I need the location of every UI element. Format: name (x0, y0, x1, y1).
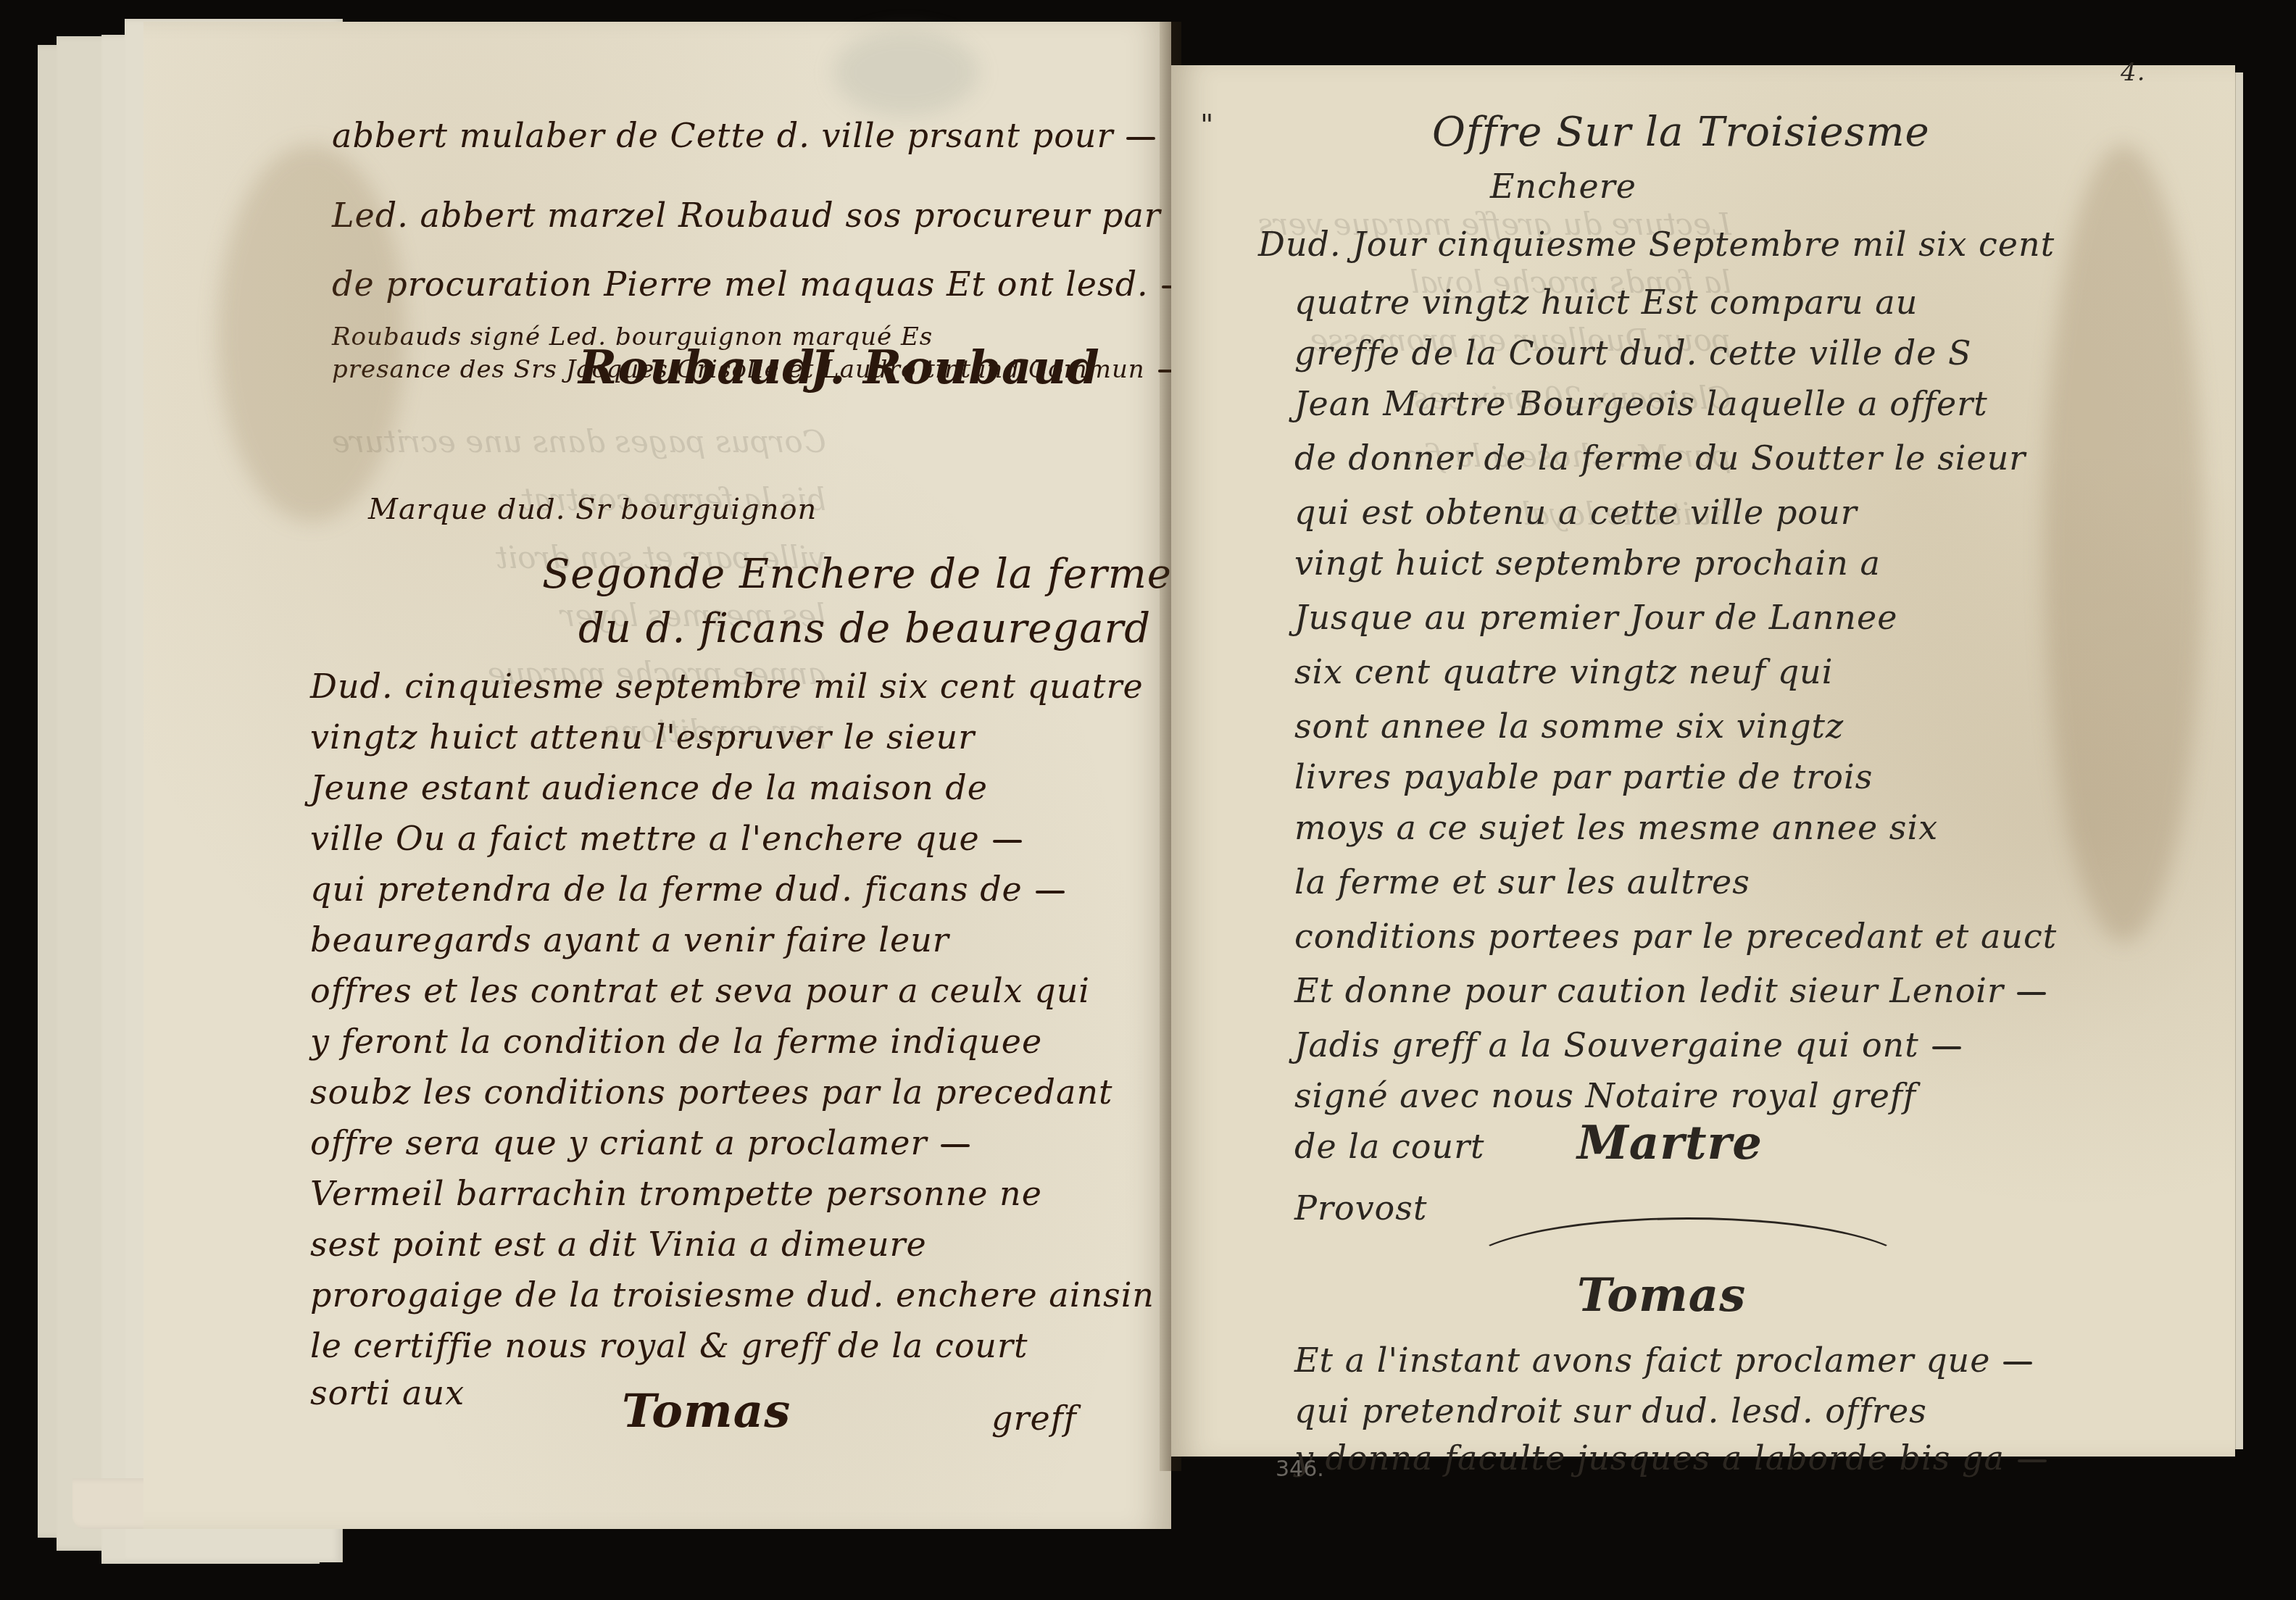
heading-segonde-enchere-line-1: Segonde Enchere de la ferme (542, 551, 1172, 598)
greffier-suffix: greff (991, 1399, 1077, 1438)
signature-tomas-left: Tomas (622, 1384, 791, 1438)
right-body-line: signé avec nous Notaire royal greff (1294, 1076, 1916, 1115)
right-post-line: y donna faculte jusques a laborde bis ga (1294, 1438, 2005, 1478)
left-body-line: ville Ou a faict mettre a l'enchere que (310, 819, 980, 858)
mark-of-bourguignon: Marque dud. Sr bourguignon (368, 493, 817, 526)
right-body-line: conditions portees par le precedant et a… (1294, 917, 2057, 956)
left-line-3: de procuration Pierre mel maquas Et ont … (332, 264, 1149, 304)
folio-number: 346. (1276, 1457, 1324, 1482)
water-stain (833, 29, 978, 116)
right-body-line: livres payable par partie de trois (1294, 757, 1873, 796)
right-body-line: de la court (1294, 1127, 1485, 1166)
left-body-line: vingtz huict attenu l'espruver le sieur (310, 717, 975, 757)
right-body-line: Et donne pour caution ledit sieur Lenoir (1294, 971, 2004, 1010)
heading-segonde-enchere-line-2: du d. ficans de beauregard (578, 605, 1151, 652)
left-body-line: le certiffie nous royal & greff de la co… (310, 1326, 1028, 1365)
left-body-line: sorti aux (310, 1373, 465, 1412)
left-body-line: offres et les contrat et seva pour a ceu… (310, 971, 1090, 1010)
water-stain (2044, 145, 2203, 942)
signature-roubaud: Roubaud (578, 341, 815, 395)
left-body-line: sest point est a dit Vinia a dimeure (310, 1225, 927, 1264)
right-post-line: qui pretendroit sur dud. lesd. offres (1294, 1391, 1927, 1430)
manuscript-scene: Corpus pages dans une ecriture bis la fe… (0, 0, 2296, 1600)
left-line-2: Led. abbert marzel Roubaud sos procureur… (332, 196, 1247, 235)
heading-offre-line-2: Enchere (1490, 167, 1636, 206)
left-body-line: beauregards ayant a venir faire leur (310, 920, 949, 959)
right-body-line: greffe de la Court dud. cette ville de S (1294, 333, 1972, 372)
corner-note: 4. (2121, 58, 2145, 87)
right-body-line: sont annee la somme six vingtz (1294, 707, 1844, 746)
right-body-line: la ferme et sur les aultres (1294, 862, 1750, 901)
left-body-line: offre sera que y criant a proclamer (310, 1123, 928, 1162)
right-body-line: vingt huict septembre prochain a (1294, 543, 1881, 583)
left-body-line: Dud. cinquiesme septembre mil six cent q… (310, 667, 1144, 706)
signature-flourish (1461, 1217, 1915, 1323)
signature-martre: Martre (1577, 1116, 1763, 1170)
right-body-line: Jadis greff a la Souvergaine qui ont (1294, 1025, 1919, 1064)
heading-offre-line-1: Offre Sur la Troisiesme (1432, 109, 1930, 156)
left-body-line: qui pretendra de la ferme dud. ficans de (310, 870, 1023, 909)
right-body-line: moys a ce sujet les mesme annee six (1294, 808, 1938, 847)
margin-mark: " (1200, 109, 1214, 142)
left-line-1: abbert mulaber de Cette d. ville prsant … (332, 116, 1113, 155)
right-body-line: Jusque au premier Jour de Lannee (1294, 598, 1897, 637)
left-body-line: Vermeil barrachin trompette personne ne (310, 1174, 1042, 1213)
left-body-line: prorogaige de la troisiesme dud. enchere… (310, 1275, 1155, 1314)
left-body-line: soubz les conditions portees par la prec… (310, 1072, 1113, 1112)
right-page-edge (2235, 72, 2243, 1449)
left-body-line: Jeune estant audience de la maison de (310, 768, 988, 807)
signature-provost: Provost (1294, 1188, 1427, 1228)
left-body-line: y feront la condition de la ferme indiqu… (310, 1022, 1042, 1061)
water-stain (217, 145, 406, 522)
right-body-line: Jean Martre Bourgeois laquelle a offert (1294, 384, 1988, 423)
right-body-line: six cent quatre vingtz neuf qui (1294, 652, 1833, 691)
right-body-line: Dud. Jour cinquiesme Septembre mil six c… (1258, 225, 2055, 264)
right-body-line: de donner de la ferme du Soutter le sieu… (1294, 438, 2026, 478)
right-body-line: qui est obtenu a cette ville pour (1294, 493, 1858, 532)
right-post-line: Et a l'instant avons faict proclamer que (1294, 1341, 1990, 1380)
signature-j-roubaud: J. Roubaud (810, 341, 1100, 395)
right-body-line: quatre vingtz huict Est comparu au (1294, 283, 1918, 322)
